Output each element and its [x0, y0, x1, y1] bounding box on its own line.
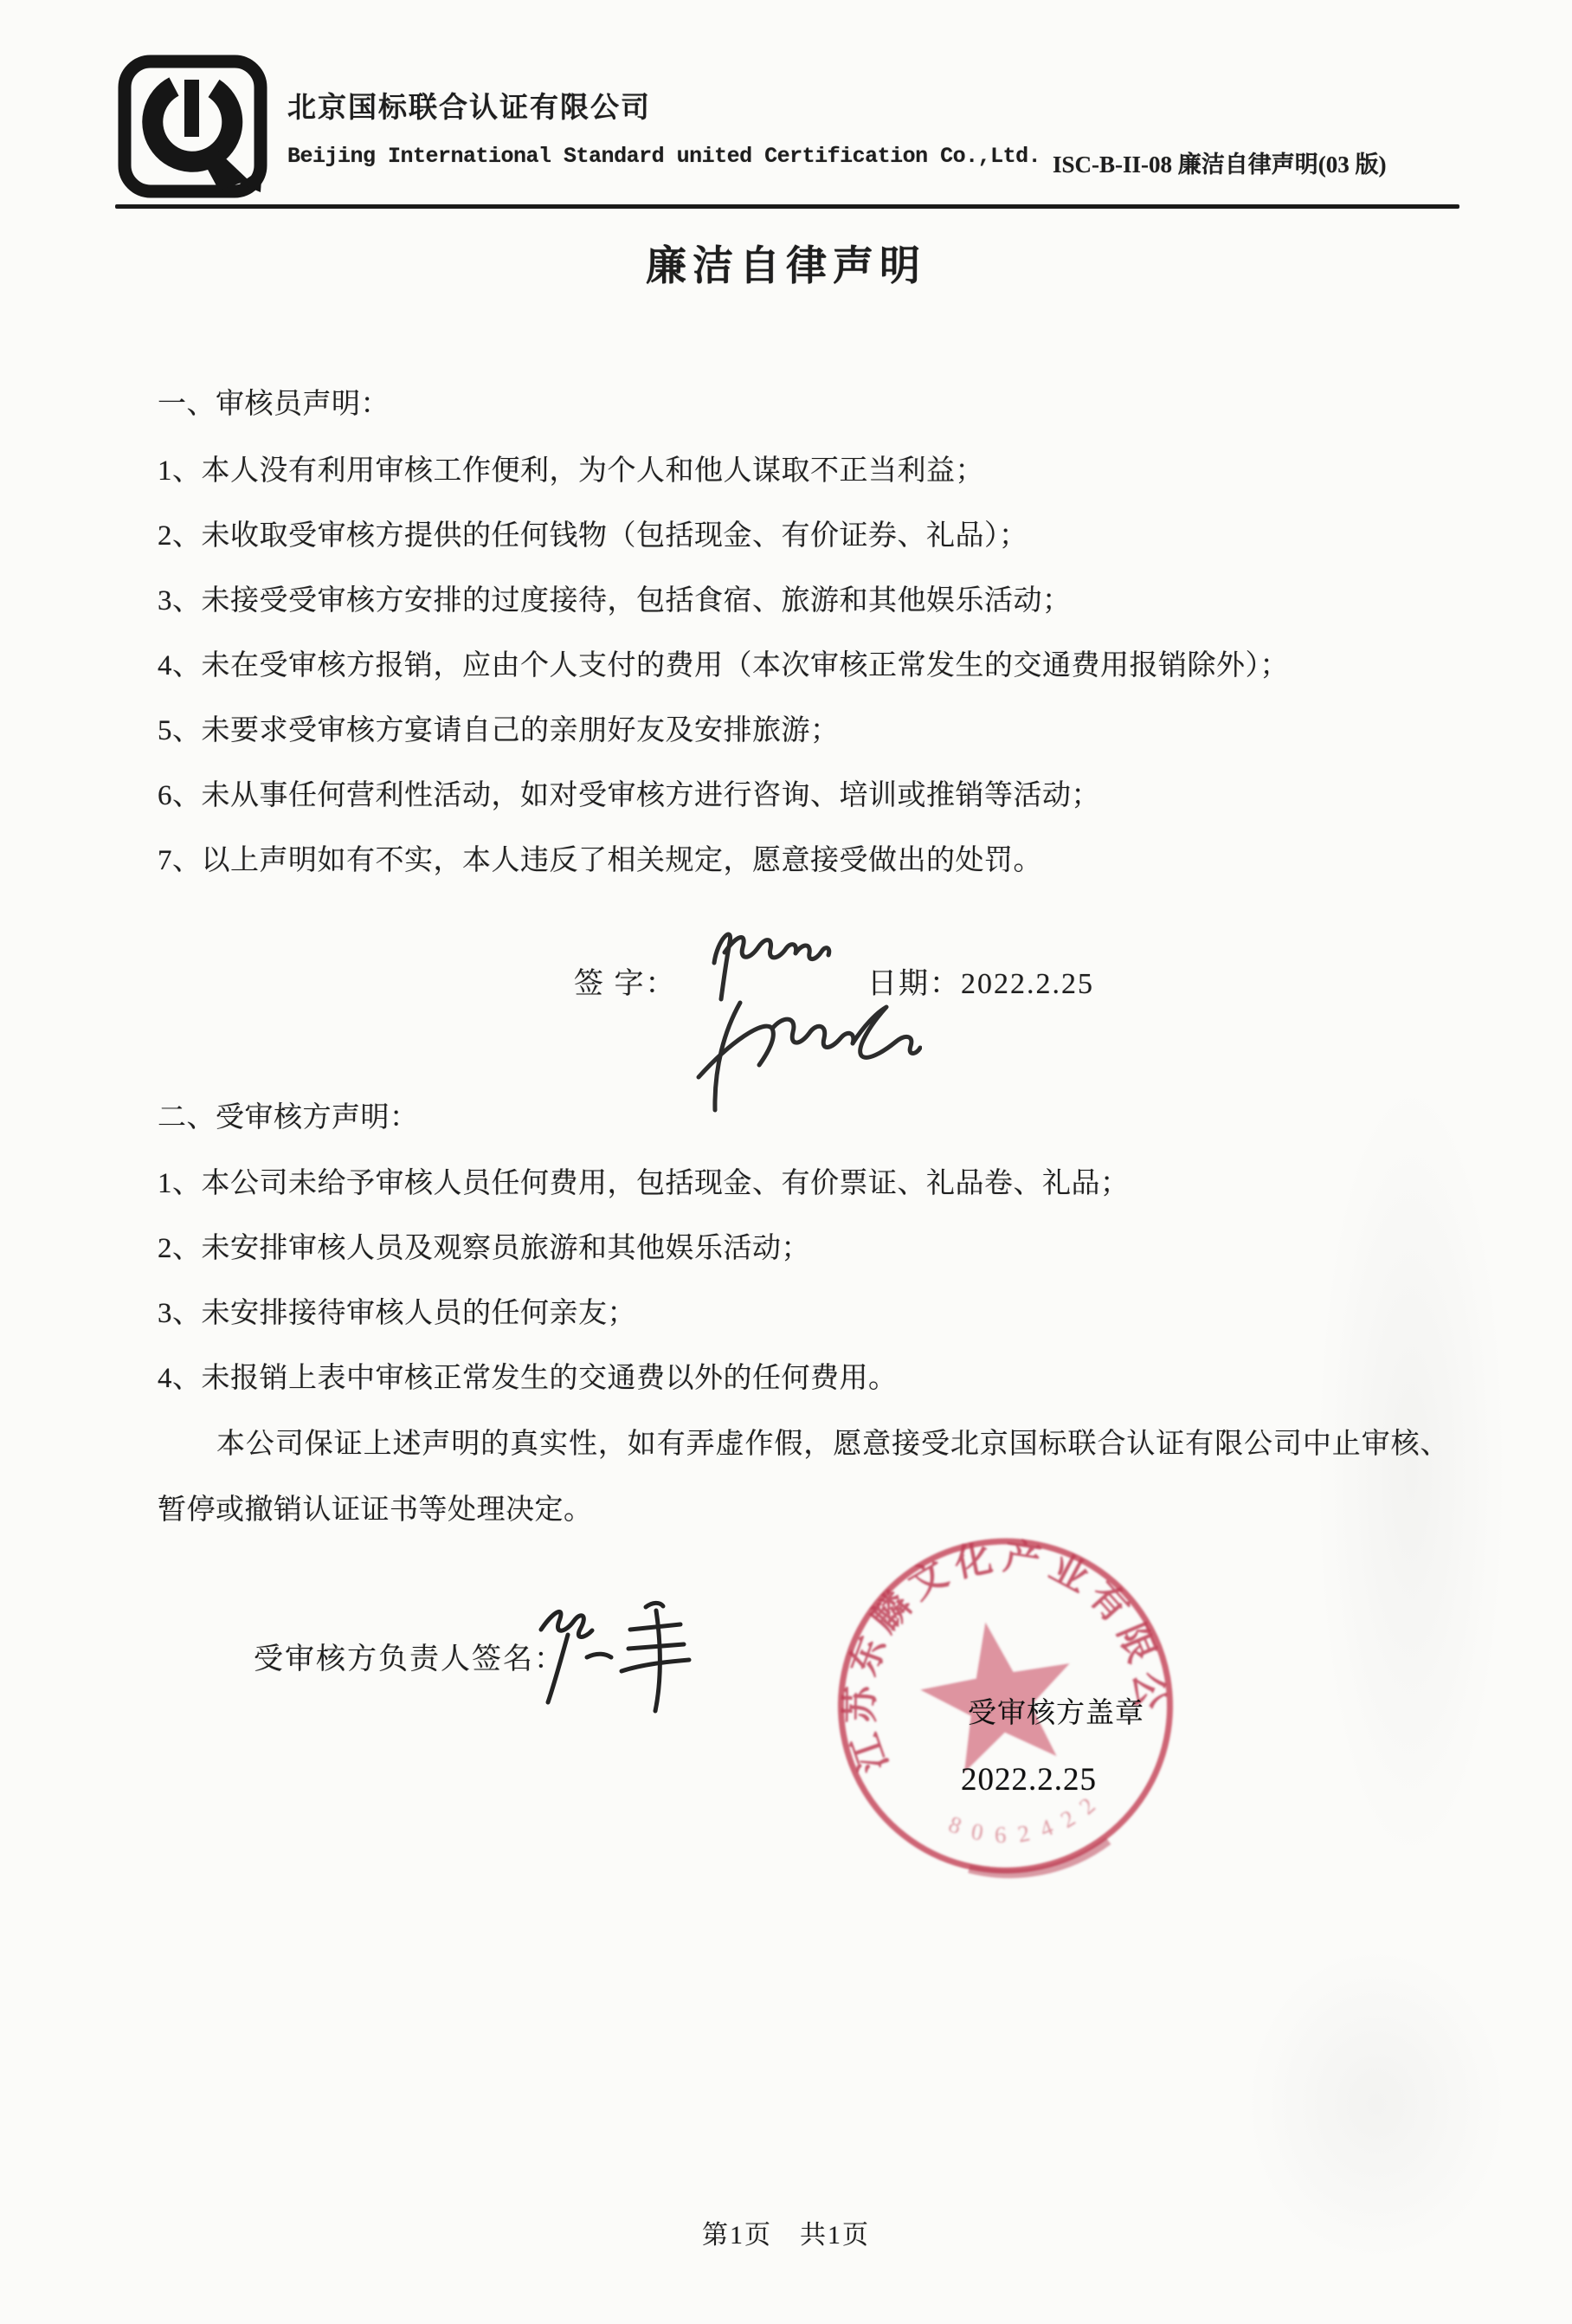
guarantee-paragraph: 本公司保证上述声明的真实性，如有弄虚作假，愿意接受北京国标联合认证有限公司中止审… — [158, 1411, 1449, 1543]
stamp-caption: 受审核方盖章 — [968, 1690, 1144, 1731]
declaration-item: 1、本公司未给予审核人员任何费用，包括现金、有价票证、礼品卷、礼品； — [158, 1160, 1130, 1201]
declaration-item: 3、未安排接待审核人员的任何亲友； — [158, 1290, 636, 1331]
section2-heading: 二、受审核方声明： — [158, 1094, 419, 1135]
declaration-item: 1、本人没有利用审核工作便利，为个人和他人谋取不正当利益； — [158, 448, 984, 488]
declaration-item: 2、未安排审核人员及观察员旅游和其他娱乐活动； — [158, 1225, 810, 1266]
header-rule — [115, 204, 1459, 209]
principal-sign-label: 受审核方负责人签名： — [254, 1635, 565, 1677]
stamp-date: 2022.2.25 — [961, 1761, 1097, 1798]
principal-signature — [519, 1591, 693, 1730]
declaration-item: 4、未在受审核方报销，应由个人支付的费用（本次审核正常发生的交通费用报销除外）； — [158, 642, 1289, 683]
page-title: 廉洁自律声明 — [0, 234, 1572, 292]
declaration-item: 7、以上声明如有不实，本人违反了相关规定，愿意接受做出的处罚。 — [158, 837, 1042, 878]
date-value: 2022.2.25 — [961, 968, 1094, 1000]
declaration-item: 2、未收取受审核方提供的任何钱物（包括现金、有价证券、礼品）； — [158, 513, 1028, 553]
declaration-item: 6、未从事任何营利性活动，如对受审核方进行咨询、培训或推销等活动； — [158, 772, 1100, 813]
scanned-document-page: 北京国标联合认证有限公司 Beijing International Stand… — [0, 0, 1572, 2324]
doc-code: ISC-B-II-08 廉洁自律声明(03 版) — [1053, 145, 1387, 179]
declaration-item: 5、未要求受审核方宴请自己的亲朋好友及安排旅游； — [158, 707, 840, 748]
declaration-item: 4、未报销上表中审核正常发生的交通费以外的任何费用。 — [158, 1355, 898, 1396]
company-name-en: Beijing International Standard united Ce… — [287, 144, 1040, 169]
page-footer: 第1页 共1页 — [0, 2213, 1572, 2251]
section1-heading: 一、审核员声明： — [158, 381, 390, 422]
certification-logo-icon — [117, 54, 268, 199]
auditor-sign-label: 签 字： — [574, 959, 677, 1002]
company-name-cn: 北京国标联合认证有限公司 — [287, 85, 651, 126]
scan-artifact — [1316, 1082, 1506, 1862]
auditor-signature — [688, 916, 922, 1117]
declaration-item: 3、未接受受审核方安排的过度接待，包括食宿、旅游和其他娱乐活动； — [158, 578, 1072, 618]
